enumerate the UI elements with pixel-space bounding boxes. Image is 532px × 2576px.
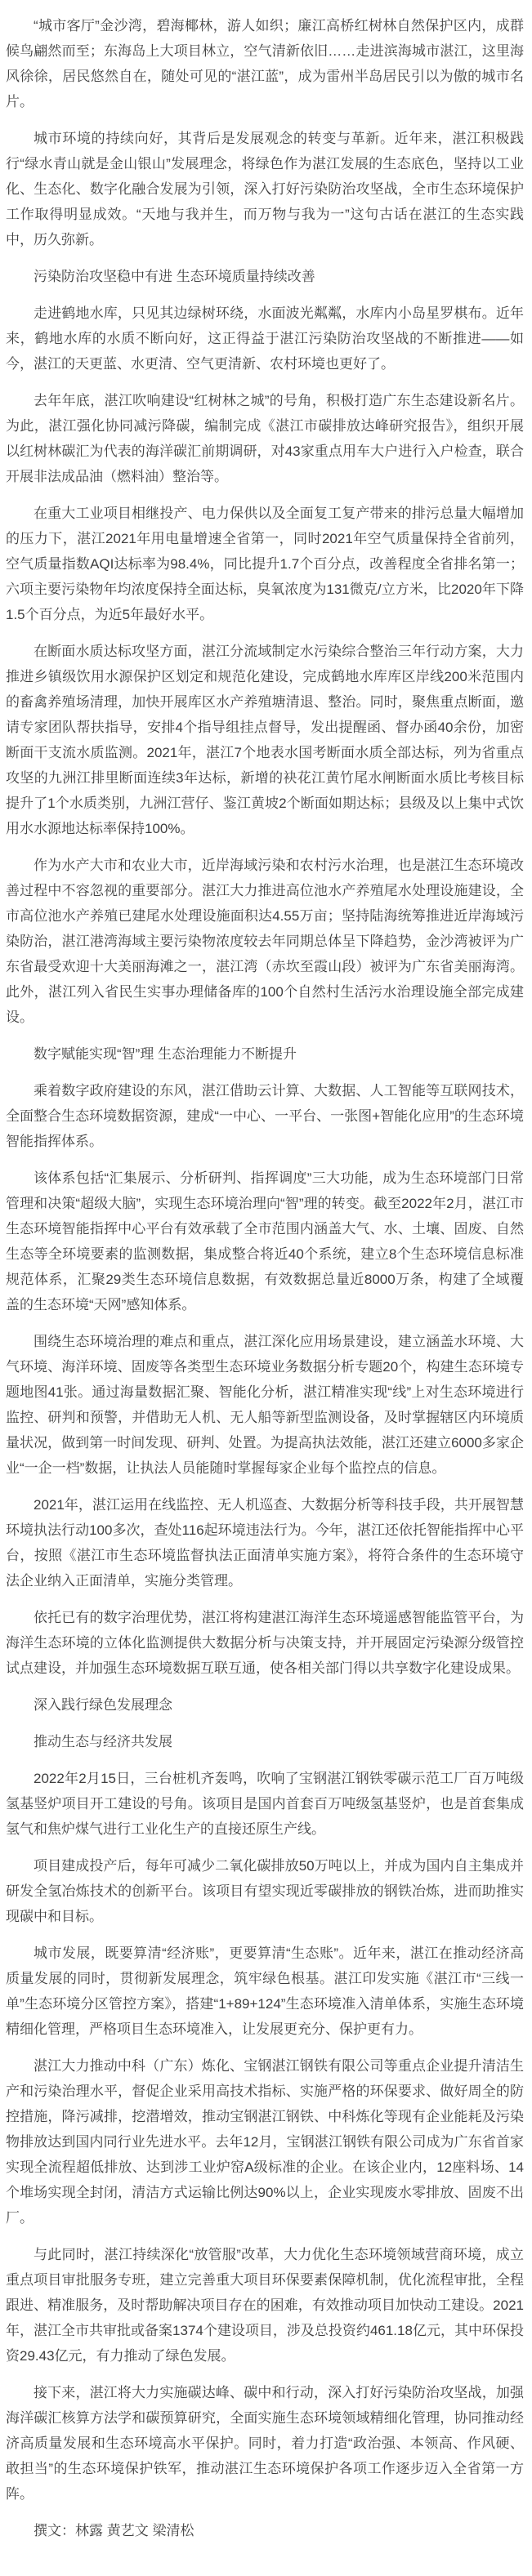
byline: 撰文：林露 黄艺文 梁清松 — [6, 2518, 524, 2543]
paragraph: 走进鹤地水库，只见其边绿树环绕，水面波光粼粼，水库内小岛星罗棋布。近年来，鹤地水… — [6, 301, 524, 377]
paragraph: 与此同时，湛江持续深化“放管服”改革，大力优化生态环境领域营商环境，成立重点项目… — [6, 2242, 524, 2369]
paragraph: 湛江大力推动中科（广东）炼化、宝钢湛江钢铁有限公司等重点企业提升清洁生产和污染治… — [6, 2053, 524, 2231]
paragraph: 作为水产大市和农业大市，近岸海域污染和农村污水治理，也是湛江生态环境改善过程中不… — [6, 853, 524, 1030]
section-heading: 污染防治攻坚稳中有进 生态环境质量持续改善 — [6, 264, 524, 289]
paragraph: 城市环境的持续向好，其背后是发展观念的转变与革新。近年来，湛江积极践行“绿水青山… — [6, 126, 524, 252]
paragraph: 2022年2月15日，三台桩机齐轰鸣，吹响了宝钢湛江钢铁零碳示范工厂百万吨级氢基… — [6, 1766, 524, 1842]
section-heading: 推动生态与经济共发展 — [6, 1729, 524, 1754]
section-heading: 数字赋能实现“智”理 生态治理能力不断提升 — [6, 1041, 524, 1067]
section-heading: 深入践行绿色发展理念 — [6, 1692, 524, 1718]
paragraph: 在断面水质达标攻坚方面，湛江分流域制定水污染综合整治三年行动方案，大力推进乡镇级… — [6, 639, 524, 841]
paragraph: 该体系包括“汇集展示、分析研判、指挥调度”三大功能，成为生态环境部门日常管理和决… — [6, 1165, 524, 1317]
paragraph: 接下来，湛江将大力实施碳达峰、碳中和行动，深入打好污染防治攻坚战，加强海洋碳汇核… — [6, 2380, 524, 2507]
paragraph: “城市客厅”金沙湾，碧海椰林，游人如织；廉江高桥红树林自然保护区内，成群候鸟翩然… — [6, 13, 524, 114]
paragraph: 围绕生态环境治理的难点和重点，湛江深化应用场景建设，建立涵盖水环境、大气环境、海… — [6, 1329, 524, 1481]
paragraph: 乘着数字政府建设的东风，湛江借助云计算、大数据、人工智能等互联网技术，全面整合生… — [6, 1078, 524, 1154]
paragraph: 在重大工业项目相继投产、电力保供以及全面复工复产带来的排污总量大幅增加的压力下，… — [6, 501, 524, 627]
paragraph: 2021年，湛江运用在线监控、无人机巡查、大数据分析等科技手段，共开展智慧环境执… — [6, 1492, 524, 1593]
paragraph: 城市发展，既要算清“经济账”，更要算清“生态账”。近年来，湛江在推动经济高质量发… — [6, 1941, 524, 2042]
paragraph: 项目建成投产后，每年可减少二氧化碳排放50万吨以上，并成为国内自主集成并研发全氢… — [6, 1853, 524, 1929]
article-body: “城市客厅”金沙湾，碧海椰林，游人如织；廉江高桥红树林自然保护区内，成群候鸟翩然… — [0, 0, 532, 2576]
paragraph: 去年年底，湛江吹响建设“红树林之城”的号角，积极打造广东生态建设新名片。为此，湛… — [6, 388, 524, 489]
paragraph: 依托已有的数字治理优势，湛江将构建湛江海洋生态环境遥感智能监管平台，为海洋生态环… — [6, 1605, 524, 1681]
